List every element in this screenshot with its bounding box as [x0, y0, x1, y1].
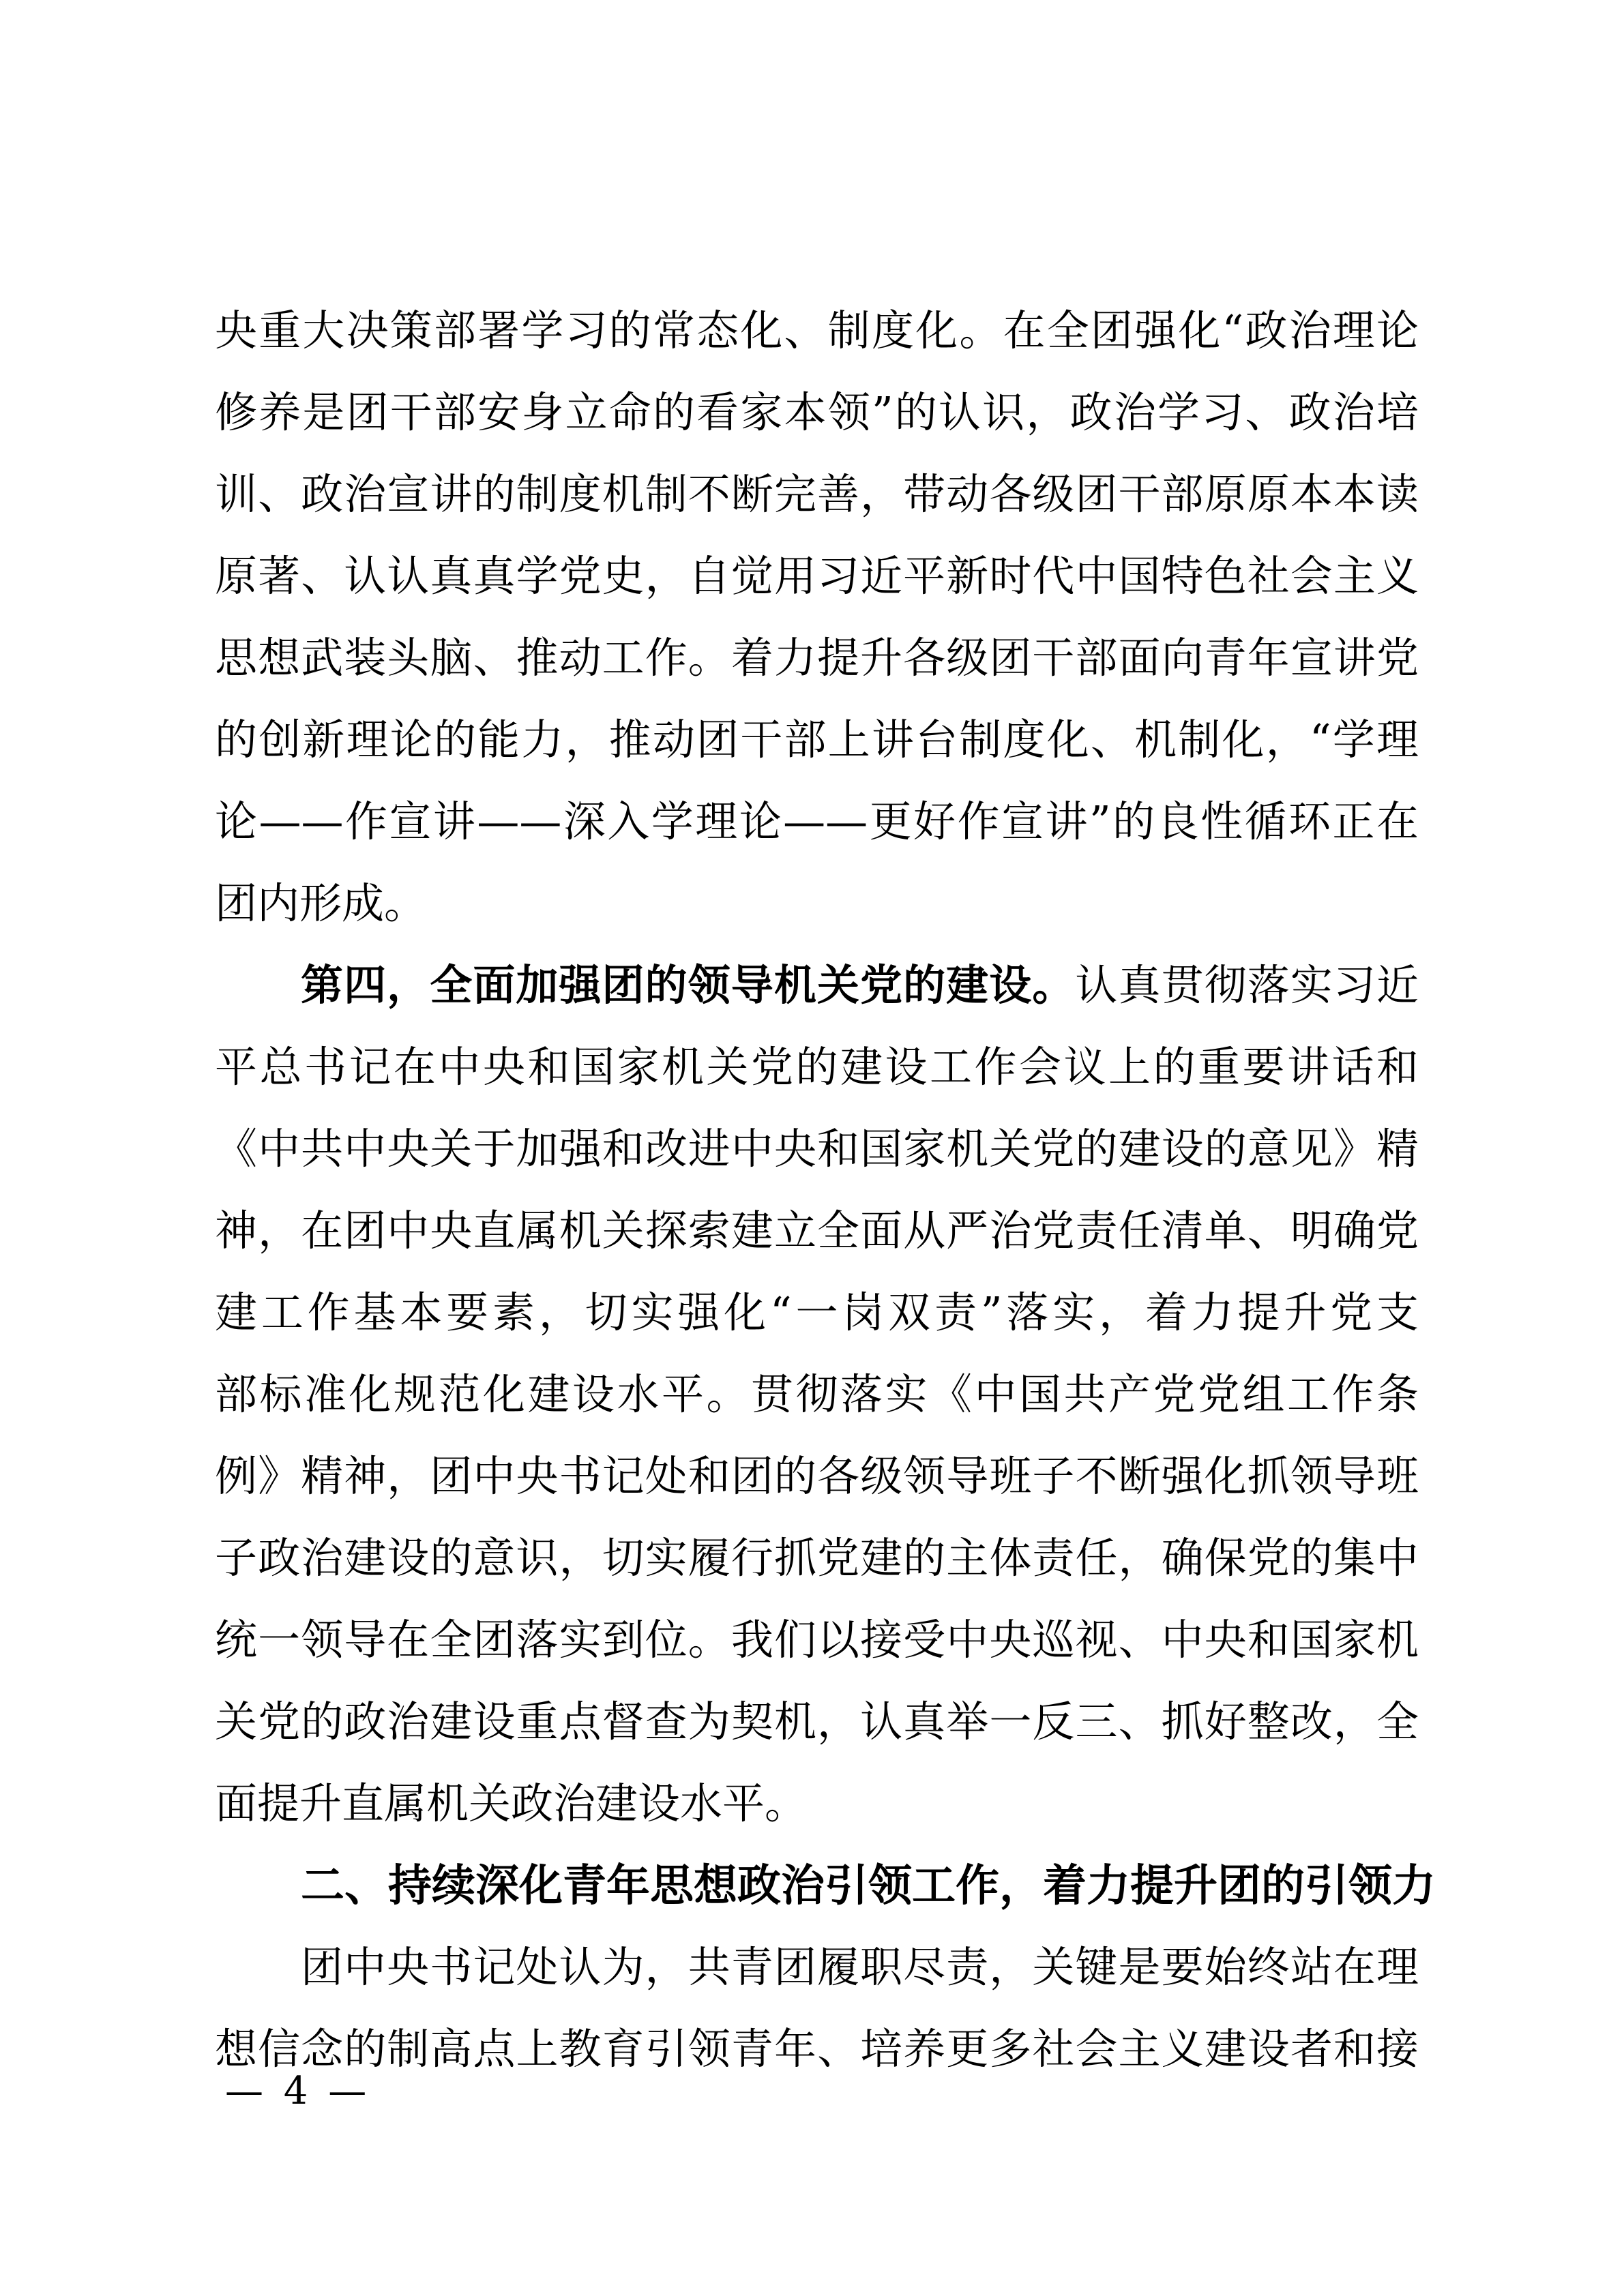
bold-lead-text: 第四，全面加强团的领导机关党的建设。	[301, 960, 1075, 1010]
lead-rest-text: 认真贯彻落实习近	[1075, 960, 1419, 1010]
section-heading: 二、持续深化青年思想政治引领工作，着力提升团的引领力	[215, 1845, 1419, 1926]
text-line: 思想武装头脑、推动工作。着力提升各级团干部面向青年宣讲党	[215, 617, 1419, 699]
text-line: 想信念的制高点上教育引领青年、培养更多社会主义建设者和接	[215, 2008, 1419, 2090]
text-line: 部标准化规范化建设水平。贯彻落实《中国共产党党组工作条	[215, 1354, 1419, 1435]
text-line: 平总书记在中央和国家机关党的建设工作会议上的重要讲话和	[215, 1026, 1419, 1108]
text-line: 关党的政治建设重点督查为契机，认真举一反三、抓好整改，全	[215, 1681, 1419, 1763]
text-line: 神，在团中央直属机关探索建立全面从严治党责任清单、明确党	[215, 1190, 1419, 1272]
page-number: — 4 —	[225, 2061, 370, 2122]
text-line: 统一领导在全团落实到位。我们以接受中央巡视、中央和国家机	[215, 1599, 1419, 1681]
text-line: 训、政治宣讲的制度机制不断完善，带动各级团干部原原本本读	[215, 453, 1419, 535]
paragraph-lead-line: 第四，全面加强团的领导机关党的建设。认真贯彻落实习近	[215, 944, 1419, 1026]
paragraph-end-line: 团内形成。	[215, 863, 1419, 944]
text-line: 例》精神，团中央书记处和团的各级领导班子不断强化抓领导班	[215, 1435, 1419, 1517]
text-line: 修养是团干部安身立命的看家本领”的认识，政治学习、政治培	[215, 372, 1419, 453]
document-page: 央重大决策部署学习的常态化、制度化。在全团强化“政治理论 修养是团干部安身立命的…	[0, 0, 1624, 2296]
text-line: 原著、认认真真学党史，自觉用习近平新时代中国特色社会主义	[215, 535, 1419, 617]
text-line: 央重大决策部署学习的常态化、制度化。在全团强化“政治理论	[215, 290, 1419, 372]
text-line: 建工作基本要素，切实强化“一岗双责”落实，着力提升党支	[215, 1272, 1419, 1354]
text-line: 子政治建设的意识，切实履行抓党建的主体责任，确保党的集中	[215, 1517, 1419, 1599]
text-line: 的创新理论的能力，推动团干部上讲台制度化、机制化，“学理	[215, 699, 1419, 781]
paragraph-end-line: 面提升直属机关政治建设水平。	[215, 1763, 1419, 1845]
text-line: 论——作宣讲——深入学理论——更好作宣讲”的良性循环正在	[215, 781, 1419, 863]
body-text-block: 央重大决策部署学习的常态化、制度化。在全团强化“政治理论 修养是团干部安身立命的…	[215, 290, 1419, 2090]
text-line: 《中共中央关于加强和改进中央和国家机关党的建设的意见》精	[215, 1108, 1419, 1190]
paragraph-lead-line: 团中央书记处认为，共青团履职尽责，关键是要始终站在理	[215, 1926, 1419, 2008]
